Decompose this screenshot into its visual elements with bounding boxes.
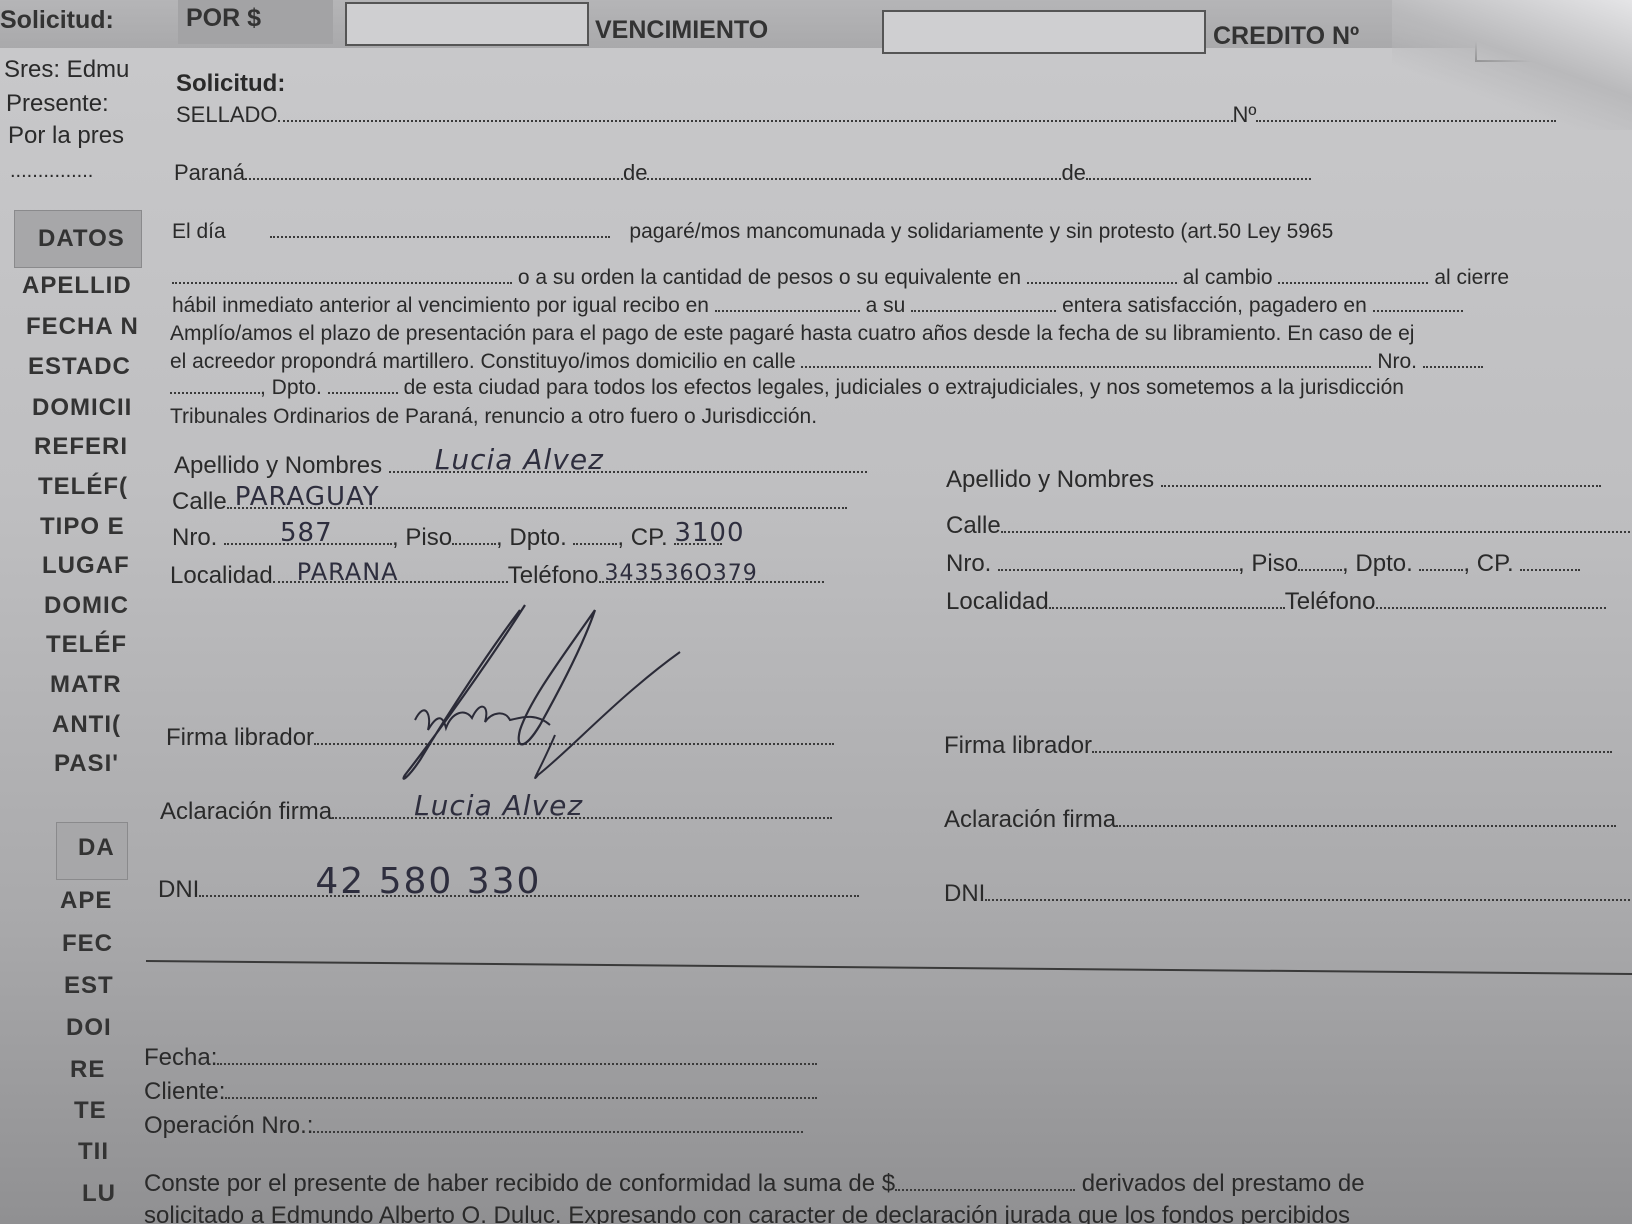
conste-text: Conste por el presente de haber recibido… [144, 1170, 895, 1197]
l2-dpto-field[interactable] [1419, 568, 1463, 571]
field-label: RE [70, 1056, 105, 1084]
de-label: de [1061, 160, 1085, 185]
field-label: LU [82, 1180, 116, 1208]
l1-dni-field[interactable]: 42 580 330 [199, 876, 859, 904]
field-label: ESTADC [28, 353, 131, 381]
l1-nro-field[interactable]: 587 [224, 524, 392, 552]
l2-localidad-label: Localidad [946, 588, 1049, 615]
domicilio-piso-field[interactable] [170, 391, 260, 394]
operacion-label: Operación Nro.: [144, 1112, 313, 1139]
field-label: LUGAF [42, 552, 130, 580]
cliente-label: Cliente: [144, 1078, 225, 1105]
l1-dni-row: DNI 42 580 330 [158, 876, 859, 904]
cambio-field[interactable] [1278, 281, 1428, 284]
underlying-form-column: Sres: Edmu Presente: Por la pres .......… [0, 0, 150, 1224]
l1-localidad-row: Localidad PARANA Teléfono 343536O379 [170, 562, 824, 590]
l1-aclaracion-row: Aclaración firma Lucia Alvez [160, 798, 832, 826]
l2-calle-row: Calle [946, 512, 1632, 540]
l1-nro-value: 587 [280, 518, 333, 548]
l1-dpto-label: , Dpto. [496, 524, 567, 551]
field-label: TII [78, 1138, 109, 1166]
field-label: EST [64, 972, 114, 1000]
section-divider [146, 960, 1632, 975]
l1-apellido-field[interactable]: Lucia Alvez [389, 452, 867, 480]
body-text: Nro. [1377, 350, 1417, 373]
l2-calle-label: Calle [946, 512, 1001, 539]
l1-localidad-label: Localidad [170, 562, 273, 589]
signature-drawing [380, 600, 700, 800]
l2-dni-label: DNI [944, 880, 985, 907]
cliente-field[interactable] [225, 1096, 817, 1099]
sres-line: Sres: Edmu [4, 56, 129, 84]
vencimiento-label: VENCIMIENTO [595, 16, 768, 45]
l1-dni-label: DNI [158, 876, 199, 903]
l2-firma-row: Firma librador [944, 732, 1612, 760]
l1-telefono-value: 343536O379 [605, 561, 758, 586]
por-amount-field[interactable] [345, 2, 589, 46]
credito-label: CREDITO Nº [1213, 22, 1359, 51]
domicilio-calle-field[interactable] [801, 365, 1371, 368]
fecha-vencimiento-field[interactable] [270, 235, 610, 238]
body-line-2: o a su orden la cantidad de pesos o su e… [172, 266, 1509, 290]
field-label: TIPO E [40, 513, 125, 541]
l1-cp-label: , CP. [617, 524, 667, 551]
field-label: MATR [50, 671, 122, 699]
sellado-row: SELLADONº [176, 102, 1556, 128]
body-line-6: , Dpto. de esta ciudad para todos los ef… [170, 376, 1404, 400]
field-label: APE [60, 887, 112, 915]
l2-piso-label: , Piso [1238, 550, 1298, 577]
field-label: DOI [66, 1014, 112, 1042]
conste-line-1: Conste por el presente de haber recibido… [144, 1170, 1365, 1198]
vencimiento-field[interactable] [882, 10, 1206, 54]
body-line-5: el acreedor propondrá martillero. Consti… [170, 350, 1483, 374]
numero-label: Nº [1233, 102, 1257, 127]
body-text: al cierre [1434, 266, 1509, 289]
body-text: a su [866, 294, 906, 317]
domicilio-nro-field[interactable] [1423, 365, 1483, 368]
anio-field[interactable] [1086, 177, 1311, 180]
field-label: REFERI [34, 433, 128, 461]
l2-cp-field[interactable] [1520, 568, 1580, 571]
l1-calle-value: PARAGUAY [235, 482, 380, 512]
body-line-3: hábil inmediato anterior al vencimiento … [172, 294, 1463, 318]
datos2-section-title: DA [78, 834, 115, 862]
l1-aclaracion-field[interactable]: Lucia Alvez [332, 798, 832, 826]
sellado-label: SELLADO [176, 102, 278, 127]
de-label: de [623, 160, 647, 185]
l1-calle-row: Calle PARAGUAY [172, 488, 847, 516]
por-la-pres-line: Por la pres [8, 122, 124, 150]
l2-piso-field[interactable] [1298, 568, 1342, 571]
l1-nro-row: Nro. 587 , Piso, Dpto. , CP. 3100 [172, 524, 722, 552]
pagare-title: Solicitud: [176, 70, 285, 98]
l2-aclaracion-row: Aclaración firma [944, 806, 1616, 834]
suma-field[interactable] [895, 1188, 1075, 1191]
l1-calle-field[interactable]: PARAGUAY [227, 488, 847, 516]
body-text: hábil inmediato anterior al vencimiento … [172, 294, 709, 317]
body-text: pagaré/mos mancomunada y solidariamente … [629, 220, 1333, 243]
cliente-row: Cliente: [144, 1078, 817, 1106]
l2-apellido-label: Apellido y Nombres [946, 466, 1154, 493]
dia-field[interactable] [245, 177, 623, 180]
l1-piso-label: , Piso [392, 524, 452, 551]
l2-aclaracion-label: Aclaración firma [944, 806, 1116, 833]
l2-firma-label: Firma librador [944, 732, 1092, 759]
body-text: o a su orden la cantidad de pesos o su e… [518, 266, 1021, 289]
domicilio-dpto-field[interactable] [328, 391, 398, 394]
operacion-row: Operación Nro.: [144, 1112, 803, 1140]
l2-cp-label: , CP. [1463, 550, 1513, 577]
mes-field[interactable] [647, 177, 1061, 180]
l2-telefono-label: Teléfono [1285, 588, 1376, 615]
fecha-label: Fecha: [144, 1044, 217, 1071]
l1-nro-label: Nro. [172, 524, 217, 551]
l1-cp-value: 3100 [674, 518, 744, 548]
field-label: TELÉF( [38, 473, 128, 501]
body-text: el acreedor propondrá martillero. Consti… [170, 350, 796, 373]
fecha-field[interactable] [217, 1062, 817, 1065]
l1-telefono-label: Teléfono [508, 562, 599, 589]
field-label: FECHA N [26, 313, 139, 341]
l2-localidad-row: LocalidadTeléfono [946, 588, 1606, 616]
pagadero-field[interactable] [1373, 309, 1463, 312]
body-line-4: Amplío/amos el plazo de presentación par… [170, 322, 1414, 346]
field-label: PASI' [54, 750, 119, 778]
satisfaccion-field[interactable] [911, 309, 1056, 312]
body-text: entera satisfacción, pagadero en [1062, 294, 1367, 317]
datos-section-title: DATOS [38, 225, 125, 253]
body-text: de esta ciudad para todos los efectos le… [404, 376, 1404, 399]
l2-dpto-label: , Dpto. [1342, 550, 1413, 577]
field-label: TELÉF [46, 631, 127, 659]
l1-telefono-field[interactable]: 343536O379 [599, 562, 824, 590]
field-label: ANTI( [52, 711, 121, 739]
l1-calle-label: Calle [172, 488, 227, 515]
l1-piso-field[interactable] [452, 542, 496, 545]
field-label: APELLID [22, 272, 132, 300]
beneficiario-field[interactable] [172, 281, 512, 284]
l1-aclaracion-label: Aclaración firma [160, 798, 332, 825]
l1-apellido-row: Apellido y Nombres Lucia Alvez [174, 452, 867, 480]
lugar-label: Paraná [174, 160, 245, 185]
sellado-field[interactable] [278, 119, 1233, 122]
l2-localidad-field[interactable] [1049, 606, 1285, 609]
conste-line-2: solicitado a Edmundo Alberto O. Duluc. E… [144, 1202, 1350, 1224]
body-line-1: El día pagaré/mos mancomunada y solidari… [172, 220, 1333, 244]
field-label: DOMIC [44, 592, 129, 620]
l1-cp-field[interactable]: 3100 [674, 524, 722, 552]
body-text: al cambio [1183, 266, 1273, 289]
l1-dni-value: 42 580 330 [315, 861, 541, 902]
l2-nro-field[interactable] [998, 568, 1238, 571]
numero-field[interactable] [1256, 119, 1556, 122]
operacion-field[interactable] [313, 1130, 803, 1133]
l1-apellido-value: Lucia Alvez [435, 443, 604, 476]
body-text: El día [172, 220, 226, 243]
l2-calle-field[interactable] [1001, 530, 1632, 533]
l2-apellido-row: Apellido y Nombres [946, 466, 1601, 494]
por-label: POR $ [186, 4, 261, 33]
l2-nro-label: Nro. [946, 550, 991, 577]
l2-dni-row: DNI [944, 880, 1632, 908]
place-date-row: Paranádede [174, 160, 1311, 186]
l2-telefono-field[interactable] [1376, 606, 1606, 609]
l2-firma-field[interactable] [1092, 750, 1612, 753]
field-label: FEC [62, 930, 113, 958]
l2-apellido-field[interactable] [1161, 484, 1601, 487]
field-label: DOMICII [32, 394, 132, 422]
l2-dni-field[interactable] [985, 898, 1632, 901]
body-line-7: Tribunales Ordinarios de Paraná, renunci… [170, 405, 817, 429]
l1-firma-label: Firma librador [166, 724, 314, 751]
recibo-field[interactable] [715, 309, 860, 312]
dotted-line: ............... [10, 160, 93, 183]
moneda-field[interactable] [1027, 281, 1177, 284]
l2-aclaracion-field[interactable] [1116, 824, 1616, 827]
presente-line: Presente: [6, 90, 109, 118]
field-label: TE [74, 1097, 107, 1125]
l1-aclaracion-value: Lucia Alvez [414, 789, 583, 822]
l1-apellido-label: Apellido y Nombres [174, 452, 382, 479]
l1-localidad-field[interactable]: PARANA [273, 562, 508, 590]
l1-dpto-field[interactable] [573, 542, 617, 545]
conste-text: derivados del prestamo de [1082, 1170, 1365, 1197]
l1-localidad-value: PARANA [297, 558, 399, 586]
fecha-row: Fecha: [144, 1044, 817, 1072]
l2-nro-row: Nro. , Piso, Dpto. , CP. [946, 550, 1580, 578]
body-text: , Dpto. [260, 376, 322, 399]
